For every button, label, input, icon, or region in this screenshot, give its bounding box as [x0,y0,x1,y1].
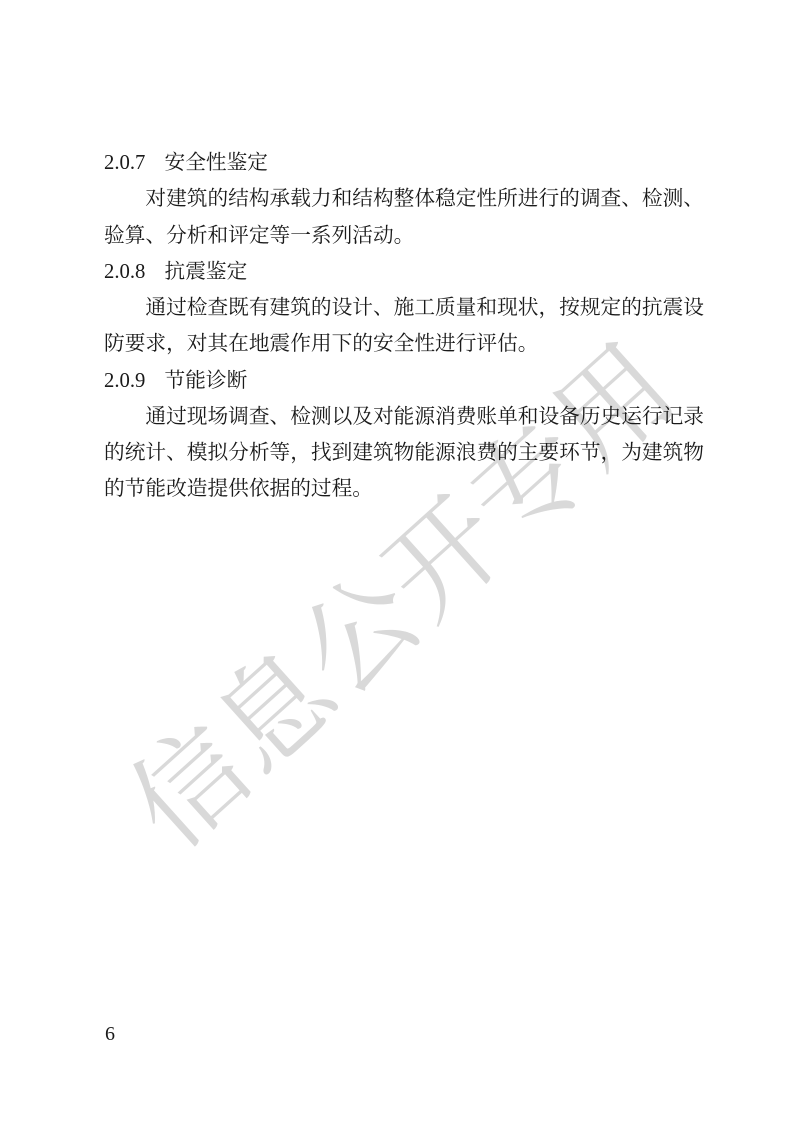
term-definition-line: 验算、分析和评定等一系列活动。 [104,218,708,254]
terms-section: 2.0.7 安全性鉴定 对建筑的结构承载力和结构整体稳定性所进行的调查、检测、 … [104,145,708,508]
term-heading-2-0-9: 2.0.9 节能诊断 [104,363,708,399]
term-title: 安全性鉴定 [165,145,268,181]
term-title: 节能诊断 [165,363,248,399]
term-definition-line: 对建筑的结构承载力和结构整体稳定性所进行的调查、检测、 [104,181,708,217]
term-number: 2.0.7 [104,145,145,181]
term-number: 2.0.8 [104,254,145,290]
term-definition-line: 防要求，对其在地震作用下的安全性进行评估。 [104,326,708,362]
term-definition-line: 通过现场调查、检测以及对能源消费账单和设备历史运行记录 [104,399,708,435]
term-heading-2-0-7: 2.0.7 安全性鉴定 [104,145,708,181]
term-title: 抗震鉴定 [165,254,248,290]
document-page: 信息公开专用 2.0.7 安全性鉴定 对建筑的结构承载力和结构整体稳定性所进行的… [0,0,800,1131]
term-definition-line: 的统计、模拟分析等，找到建筑物能源浪费的主要环节，为建筑物 [104,435,708,471]
term-definition-line: 通过检查既有建筑的设计、施工质量和现状，按规定的抗震设 [104,290,708,326]
page-number: 6 [105,1022,115,1046]
term-heading-2-0-8: 2.0.8 抗震鉴定 [104,254,708,290]
term-definition-line: 的节能改造提供依据的过程。 [104,471,708,507]
term-number: 2.0.9 [104,363,145,399]
